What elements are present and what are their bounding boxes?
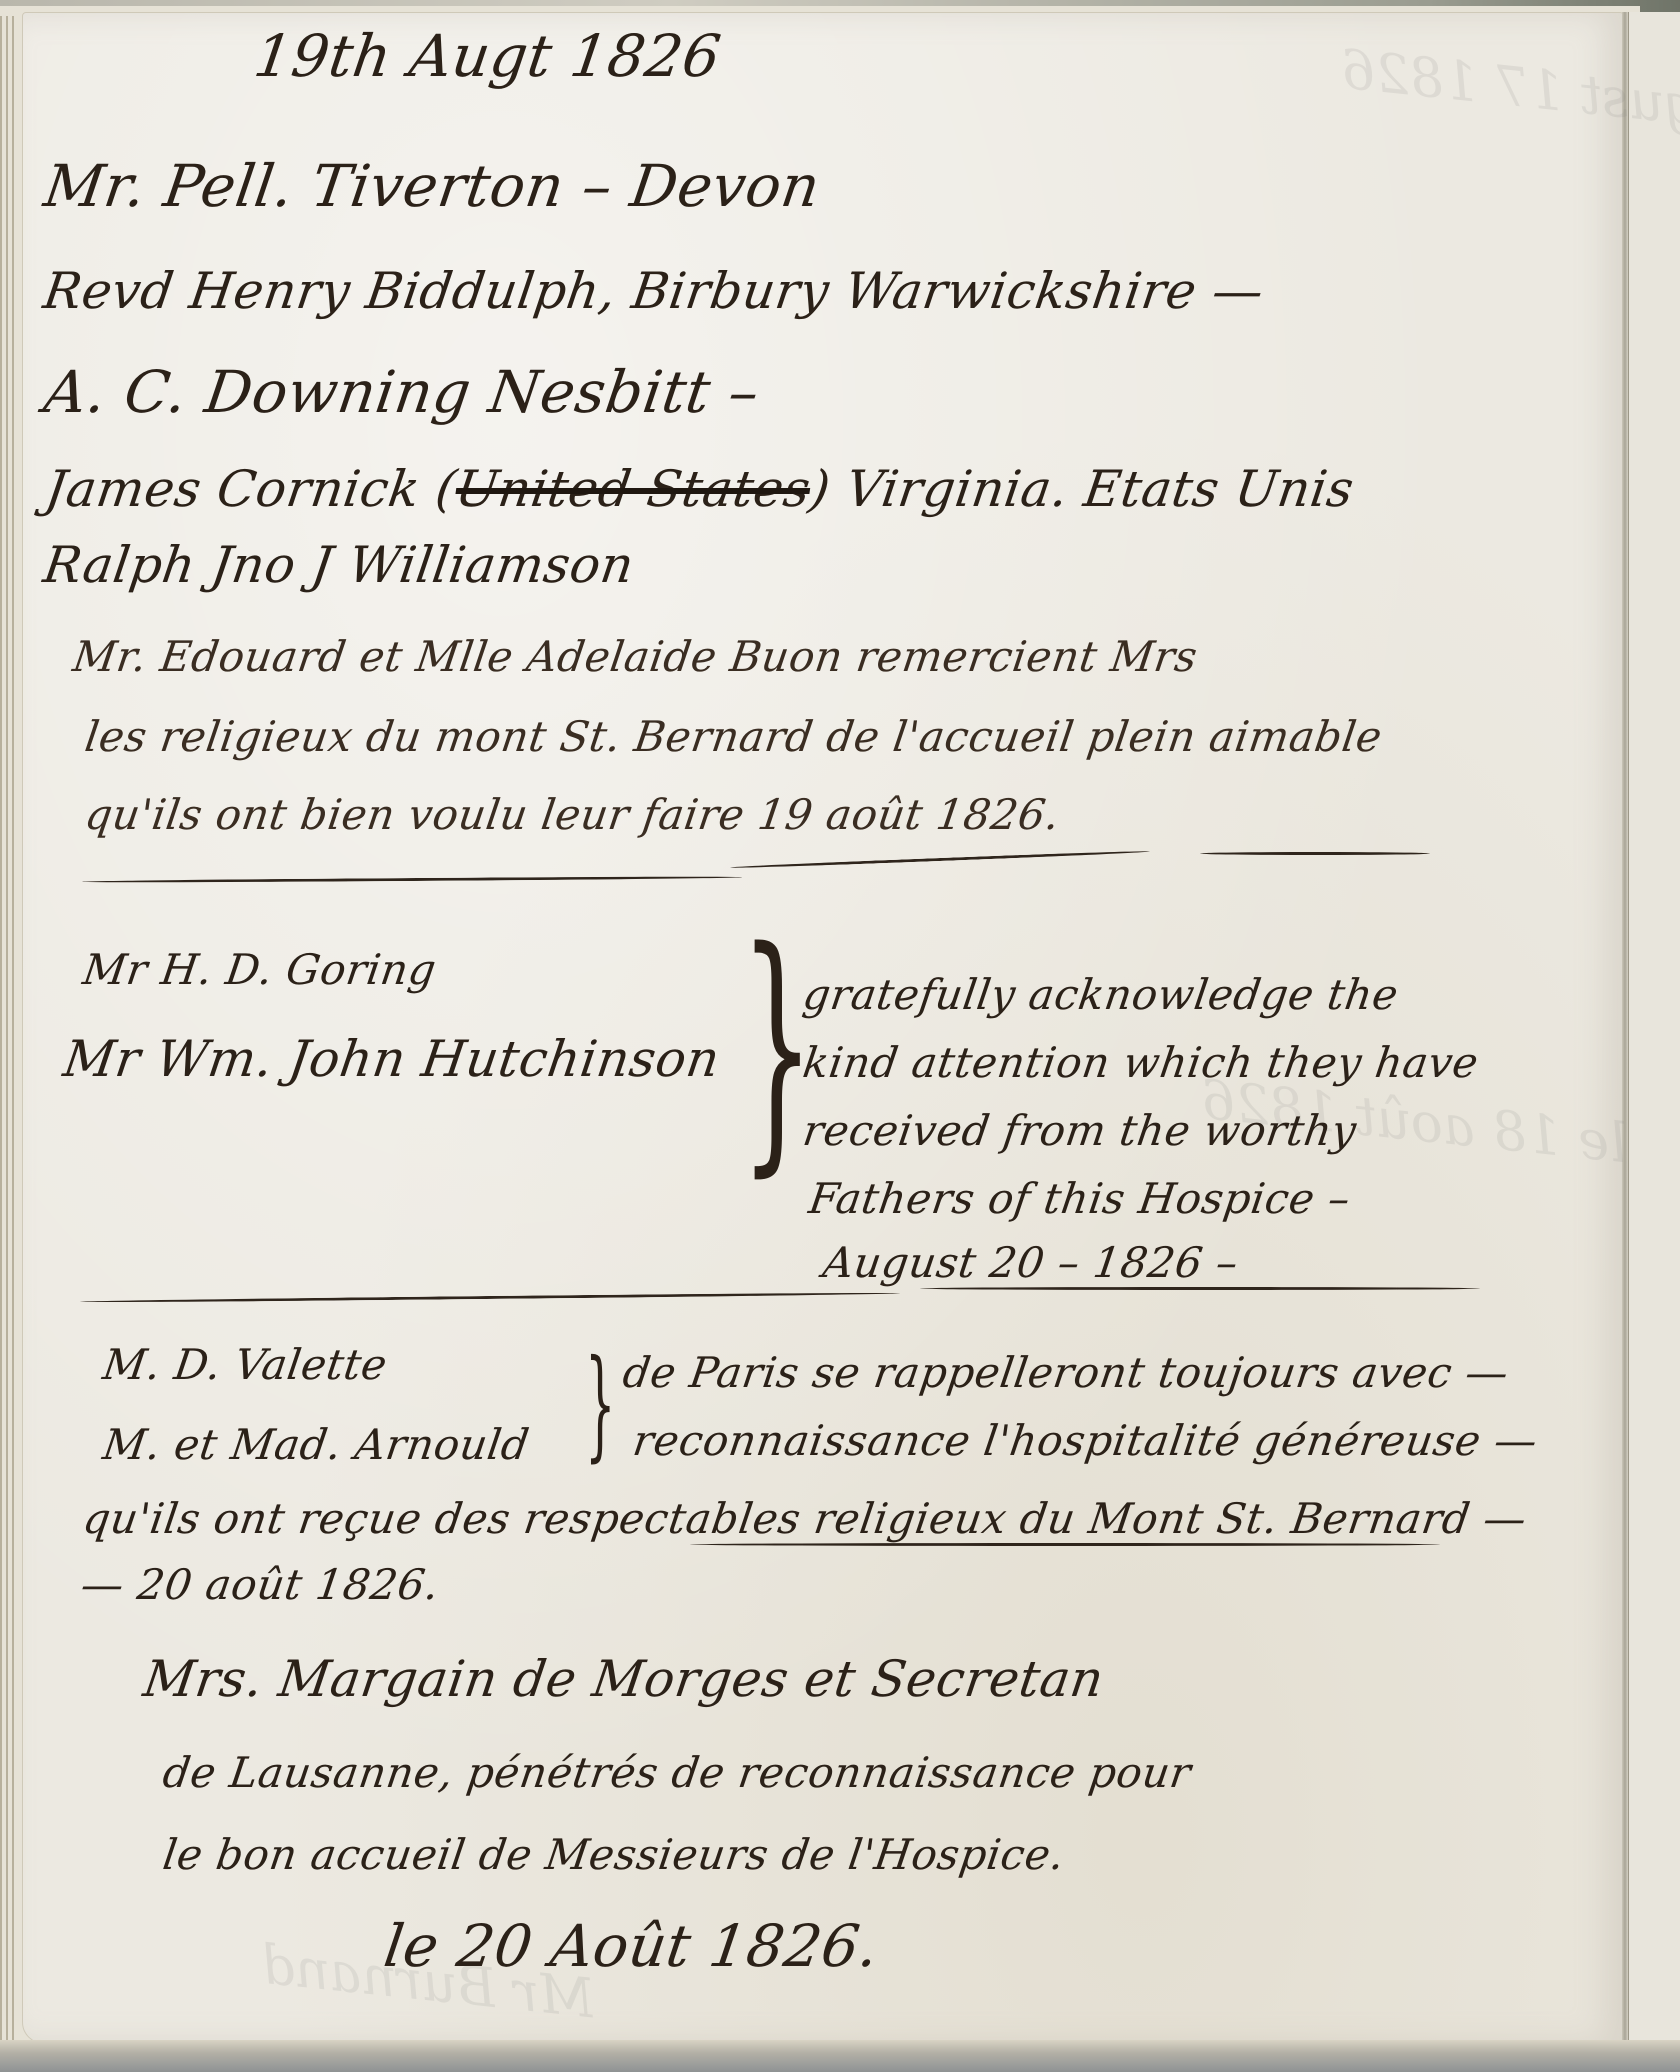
entry-goring-message: gratefully acknowledge the	[800, 970, 1402, 1019]
adjacent-page-edge	[1628, 12, 1680, 2042]
entry-buon-line: les religieux du mont St. Bernard de l'a…	[82, 712, 1385, 761]
separator-line	[1200, 852, 1430, 855]
book-bottom-edge	[0, 2040, 1680, 2072]
entry-cornick-rest: ) Virginia. Etats Unis	[806, 460, 1358, 518]
entry-valette-message: reconnaissance l'hospitalité généreuse —	[630, 1416, 1541, 1465]
entry-valette-name: M. D. Valette	[100, 1340, 390, 1389]
header-date: 19th Augt 1826	[250, 22, 725, 90]
entry-cornick: James Cornick (United States) Virginia. …	[42, 460, 1358, 518]
entry-cornick-name: James Cornick (	[42, 460, 460, 518]
page-edge	[6, 16, 8, 2041]
entry-williamson: Ralph Jno J Williamson	[40, 536, 638, 594]
entry-buon-line: qu'ils ont bien voulu leur faire 19 août…	[82, 790, 1063, 839]
entry-buon-line: Mr. Edouard et Mlle Adelaide Buon remerc…	[70, 632, 1201, 681]
entry-valette-date: — 20 août 1826.	[78, 1560, 442, 1609]
entry-valette-message: qu'ils ont reçue des respectables religi…	[80, 1494, 1530, 1543]
entry-valette-message: de Paris se rappelleront toujours avec —	[620, 1348, 1512, 1397]
page-edge	[0, 16, 2, 2041]
entry-goring-date: August 20 – 1826 –	[820, 1238, 1241, 1287]
entry-margain-line: le bon accueil de Messieurs de l'Hospice…	[160, 1830, 1068, 1879]
entry-goring-message: received from the worthy	[800, 1106, 1360, 1155]
entry-hutchinson-name: Mr Wm. John Hutchinson	[60, 1030, 723, 1088]
entry-margain-date: le 20 Août 1826.	[380, 1912, 883, 1980]
entry-goring-name: Mr H. D. Goring	[80, 945, 439, 994]
separator-line	[920, 1287, 1480, 1290]
page-edge	[12, 16, 14, 2041]
entry-biddulph: Revd Henry Biddulph, Birbury Warwickshir…	[40, 262, 1267, 320]
entry-goring-message: kind attention which they have	[800, 1038, 1482, 1087]
entry-pell: Mr. Pell. Tiverton – Devon	[40, 152, 824, 220]
grouping-brace: }	[585, 1345, 616, 1465]
struck-text: United States	[452, 460, 814, 518]
entry-arnould-name: M. et Mad. Arnould	[100, 1420, 532, 1469]
entry-margain-line: de Lausanne, pénétrés de reconnaissance …	[160, 1748, 1194, 1797]
entry-nesbitt: A. C. Downing Nesbitt –	[40, 358, 763, 426]
entry-margain-line: Mrs. Margain de Morges et Secretan	[140, 1650, 1107, 1708]
underline-rule	[690, 1543, 1440, 1546]
entry-goring-message: Fathers of this Hospice –	[806, 1174, 1353, 1223]
